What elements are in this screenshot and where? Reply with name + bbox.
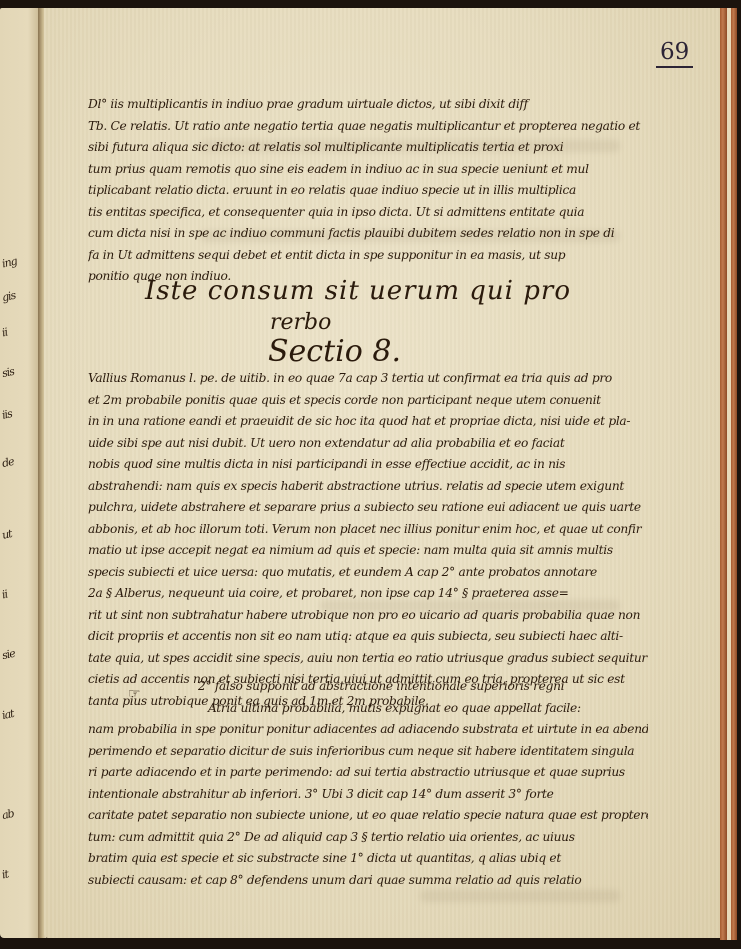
text-line: caritate patet separatio non subiecte un… bbox=[88, 805, 648, 827]
text-line: cum dicta nisi in spe ac indiuo communi … bbox=[88, 223, 648, 245]
text-line: Atria ultima probabilia, mutis expugnat … bbox=[88, 698, 648, 720]
ink-bleed bbox=[420, 890, 620, 902]
margin-fragment: ii bbox=[1, 588, 9, 602]
margin-fragment: ing bbox=[1, 255, 18, 271]
text-line: nobis quod sine multis dicta in nisi par… bbox=[88, 454, 648, 476]
text-line: bratim quia est specie et sic substracte… bbox=[88, 848, 648, 870]
text-line: Dl° iis multiplicantis in indiuo prae gr… bbox=[88, 94, 648, 116]
margin-fragment: de bbox=[1, 455, 15, 470]
section-heading-continuation: rerbo bbox=[270, 310, 331, 335]
margin-fragment: sie bbox=[1, 647, 16, 662]
text-line: in in una ratione eandi et praeuidit de … bbox=[88, 411, 648, 433]
text-line: subiecti causam: et cap 8° defendens unu… bbox=[88, 870, 648, 892]
text-line: 2a § Alberus, nequeunt uia coire, et pro… bbox=[88, 583, 648, 605]
text-line: uide sibi spe aut nisi dubit. Ut uero no… bbox=[88, 433, 648, 455]
margin-fragment: sis bbox=[1, 365, 15, 380]
text-line: sibi futura aliqua sic dicto: at relatis… bbox=[88, 137, 648, 159]
folio-number: 69 bbox=[656, 40, 693, 68]
paragraph-1: Dl° iis multiplicantis in indiuo prae gr… bbox=[88, 94, 648, 288]
margin-fragment: iis bbox=[1, 407, 13, 422]
text-line: et 2m probabile ponitis quae quis et spe… bbox=[88, 390, 648, 412]
text-line: tum: cum admittit quia 2° De ad aliquid … bbox=[88, 827, 648, 849]
paragraph-3: 2° falso supponit ad abstractione intent… bbox=[88, 676, 648, 891]
margin-fragment: gis bbox=[1, 289, 17, 304]
text-line: perimendo et separatio dicitur de suis i… bbox=[88, 741, 648, 763]
text-line: Vallius Romanus l. pe. de uitib. in eo q… bbox=[88, 368, 648, 390]
margin-fragment: ut bbox=[1, 527, 13, 542]
text-line: pulchra, uidete abstrahere et separare p… bbox=[88, 497, 648, 519]
margin-fragment: iat bbox=[1, 707, 15, 722]
left-page-edge: ing gis ii sis iis de ut ii sie iat ab i… bbox=[0, 8, 41, 938]
text-line: abstrahendi: nam quis ex specis haberit … bbox=[88, 476, 648, 498]
margin-fragment: ab bbox=[1, 807, 15, 822]
text-line: abbonis, et ab hoc illorum toti. Verum n… bbox=[88, 519, 648, 541]
text-line: rit ut sint non subtrahatur habere utrob… bbox=[88, 605, 648, 627]
text-line: dicit propriis et accentis non sit eo na… bbox=[88, 626, 648, 648]
text-line: tis entitas specifica, et consequenter q… bbox=[88, 202, 648, 224]
text-line: matio ut ipse accepit negat ea nimium ad… bbox=[88, 540, 648, 562]
text-line: specis subiecti et uice uersa: quo mutat… bbox=[88, 562, 648, 584]
text-line: fa in Ut admittens sequi debet et entit … bbox=[88, 245, 648, 267]
text-line: Tb. Ce relatis. Ut ratio ante negatio te… bbox=[88, 116, 648, 138]
section-number: Sectio 8. bbox=[268, 334, 401, 369]
paragraph-2: Vallius Romanus l. pe. de uitib. in eo q… bbox=[88, 368, 648, 712]
page-edge-red bbox=[731, 8, 737, 940]
text-line: ri parte adiacendo et in parte perimendo… bbox=[88, 762, 648, 784]
margin-fragment: ii bbox=[1, 326, 9, 340]
page-edge-red bbox=[720, 8, 727, 940]
section-heading: Iste consum sit uerum qui pro bbox=[145, 276, 571, 306]
book-spread: ing gis ii sis iis de ut ii sie iat ab i… bbox=[0, 0, 741, 949]
subheading-line: 2° falso supponit ad abstractione intent… bbox=[88, 676, 648, 698]
text-line: tiplicabant relatio dicta. eruunt in eo … bbox=[88, 180, 648, 202]
margin-fragment: it bbox=[1, 868, 10, 882]
text-line: tum prius quam remotis quo sine eis eade… bbox=[88, 159, 648, 181]
text-line: intentionale abstrahitur ab inferiori. 3… bbox=[88, 784, 648, 806]
text-line: tate quia, ut spes accidit sine specis, … bbox=[88, 648, 648, 670]
text-line: nam probabilia in spe ponitur ponitur ad… bbox=[88, 719, 648, 741]
